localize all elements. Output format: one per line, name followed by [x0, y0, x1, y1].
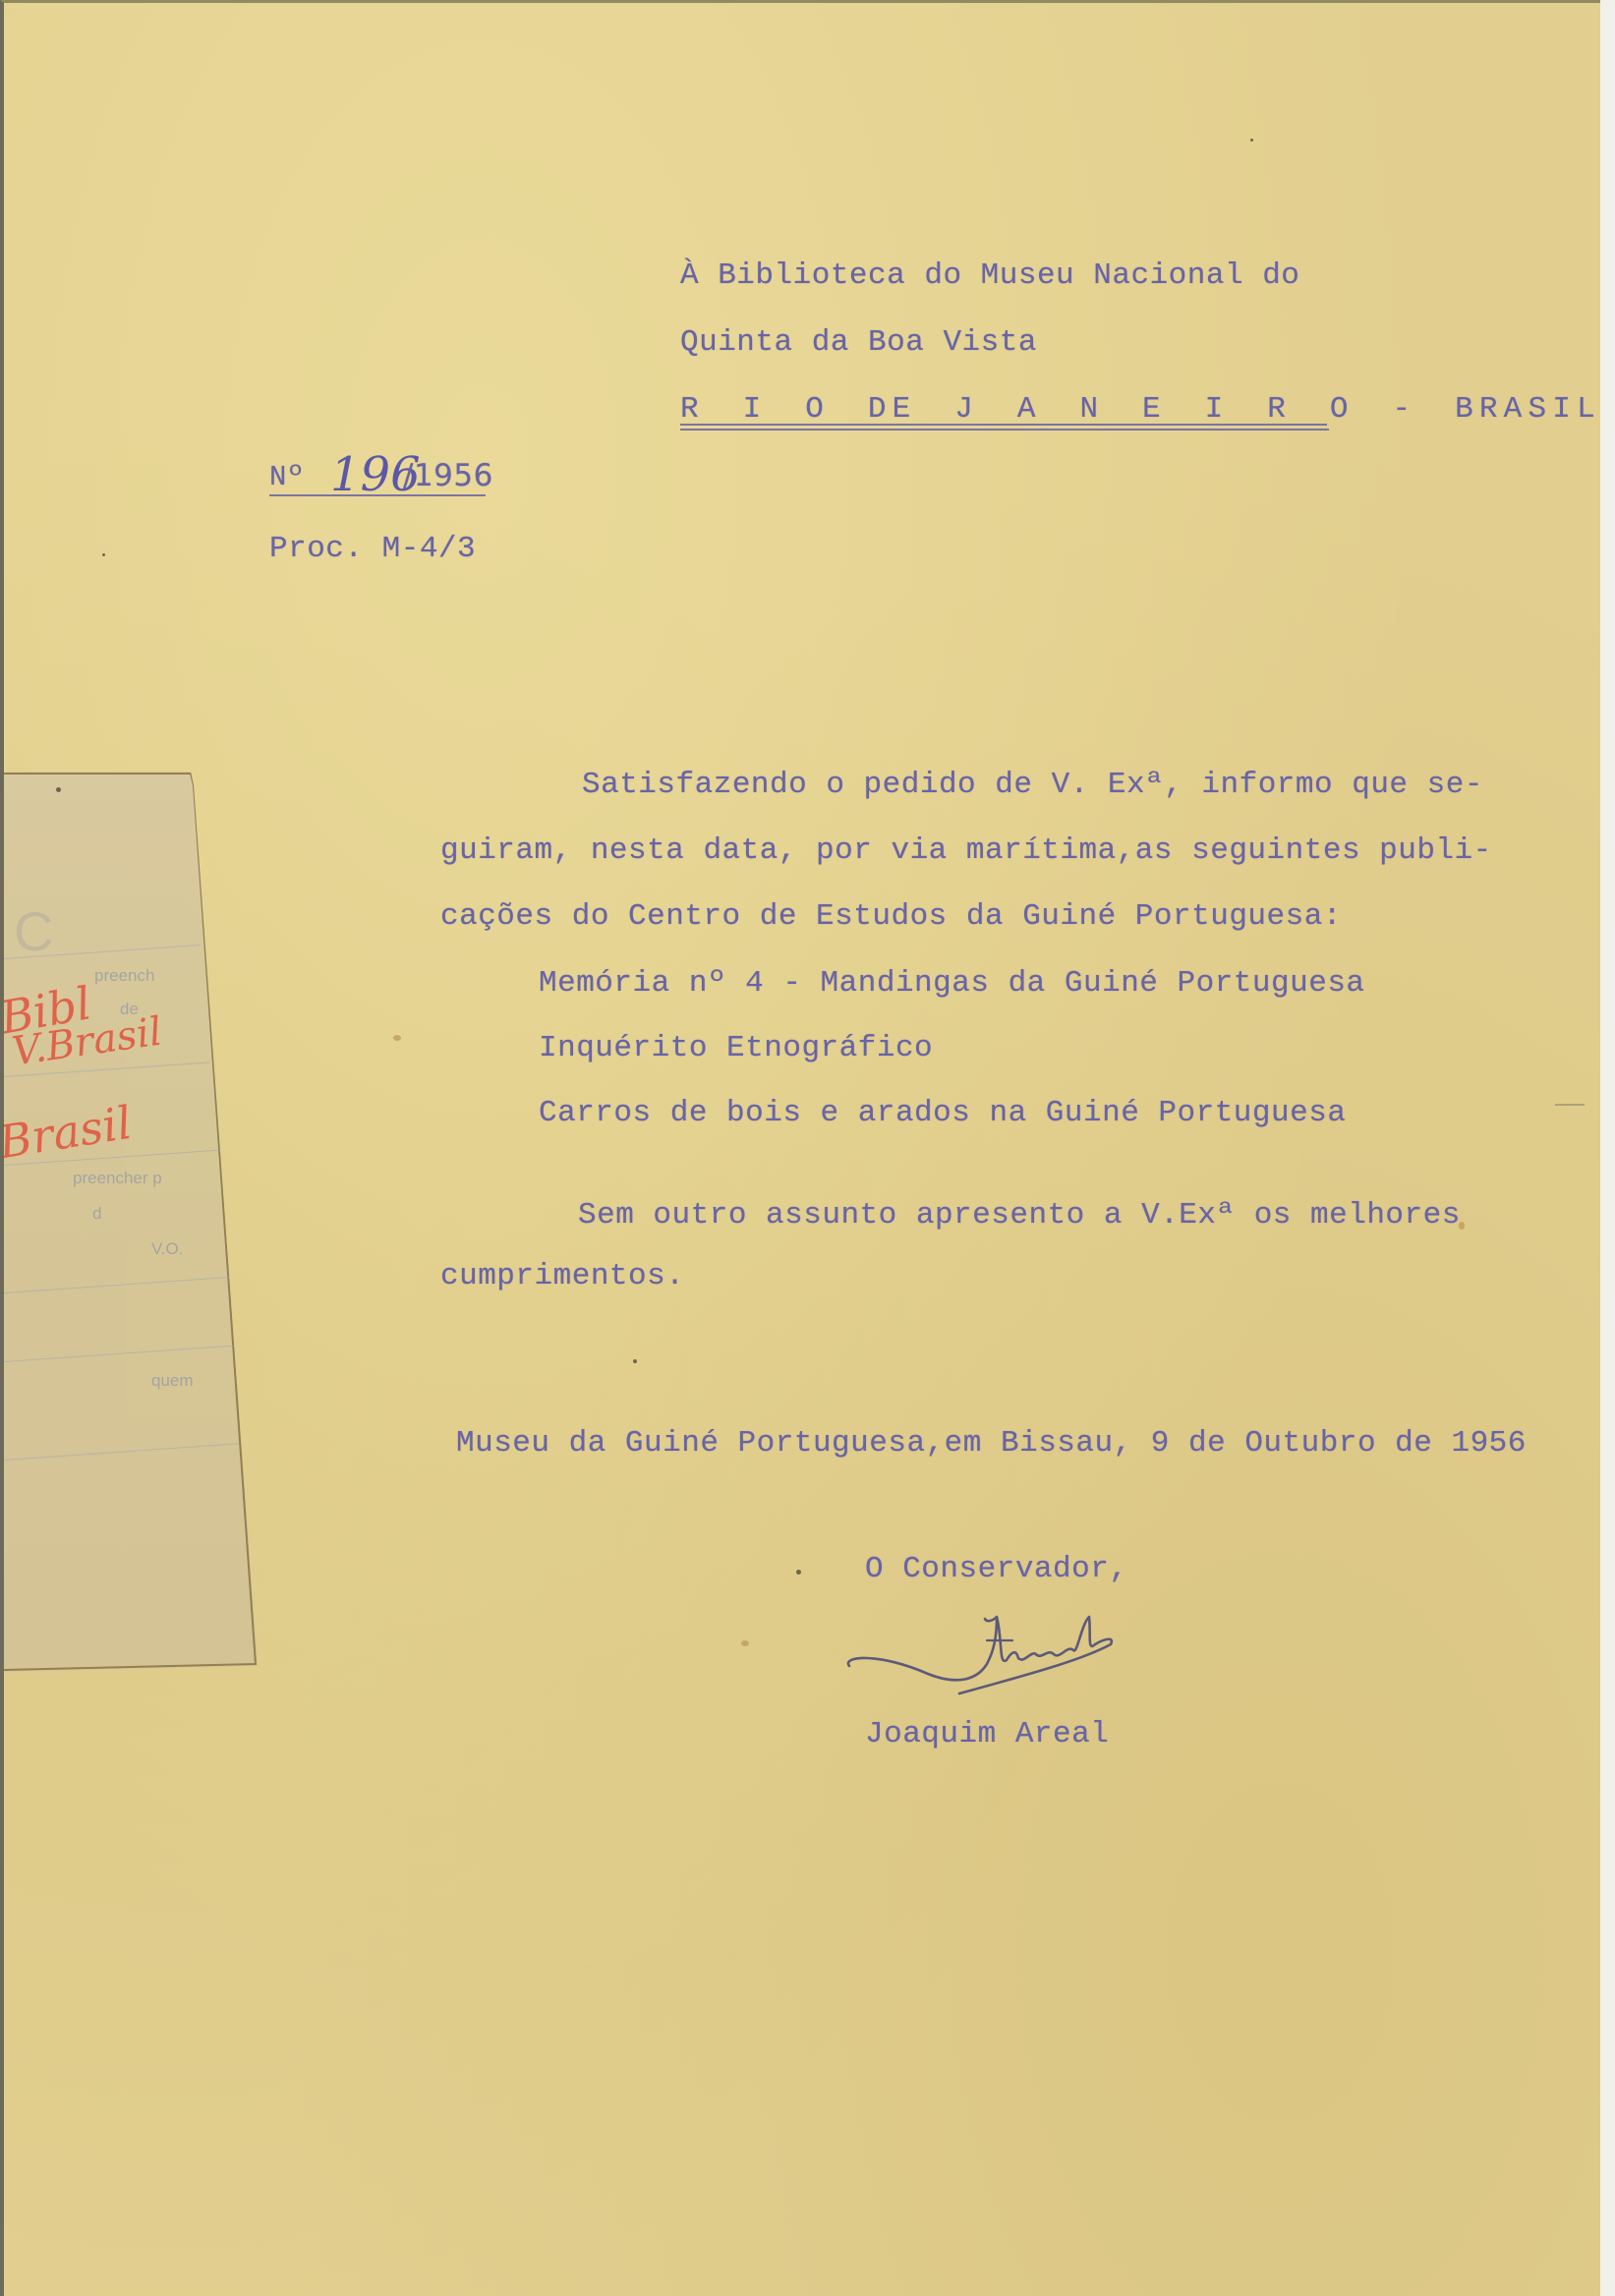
body-paragraph-2-line-1: Sem outro assunto apresento a V.Exª os m… — [578, 1200, 1461, 1231]
slip-printed-fragment-2: preench — [94, 966, 154, 986]
recipient-underline-2 — [680, 429, 1329, 430]
paper-speck — [796, 1570, 801, 1575]
reference-number-prefix: Nº — [269, 463, 305, 491]
paper-speck — [1459, 1222, 1465, 1230]
paper-speck — [102, 553, 105, 556]
signature — [839, 1595, 1134, 1713]
body-paragraph-1-line-3: cações do Centro de Estudos da Guiné Por… — [440, 901, 1342, 932]
publication-item-1: Memória nº 4 - Mandingas da Guiné Portug… — [539, 968, 1365, 999]
paper-speck — [56, 787, 61, 792]
body-paragraph-1-line-2: guiram, nesta data, por via marítima,as … — [440, 835, 1492, 866]
recipient-line-1: À Biblioteca do Museu Nacional do — [680, 260, 1299, 291]
reference-number-year: /1956 — [403, 461, 493, 491]
body-paragraph-1-line-1: Satisfazendo o pedido de V. Exª, informo… — [582, 770, 1483, 800]
body-paragraph-2-line-2: cumprimentos. — [440, 1261, 684, 1291]
slip-printed-fragment-4: preencher p — [73, 1169, 162, 1188]
reference-underline — [269, 494, 486, 496]
letter-paper: À Biblioteca do Museu Nacional do Quinta… — [0, 0, 1600, 2296]
recipient-underline — [680, 424, 1327, 426]
closing-title: O Conservador, — [865, 1554, 1127, 1584]
paper-speck — [741, 1640, 749, 1646]
signatory-name: Joaquim Areal — [865, 1719, 1109, 1750]
attached-slip: C preench de Bibl V.Brasil Brasil preenc… — [4, 772, 258, 1672]
paper-speck — [393, 1035, 401, 1041]
paper-speck — [1555, 1104, 1585, 1106]
slip-printed-fragment-1: C — [14, 899, 53, 963]
slip-printed-fragment-7: quem — [151, 1371, 194, 1391]
paper-speck — [633, 1359, 637, 1363]
slip-printed-fragment-6: V.O. — [151, 1239, 183, 1259]
publication-item-3: Carros de bois e arados na Guiné Portugu… — [539, 1098, 1346, 1128]
slip-printed-fragment-5: d — [92, 1204, 101, 1224]
paper-speck — [1250, 139, 1253, 142]
publication-item-2: Inquérito Etnográfico — [539, 1033, 933, 1063]
recipient-line-2: Quinta da Boa Vista — [680, 327, 1037, 358]
place-date: Museu da Guiné Portuguesa,em Bissau, 9 d… — [456, 1428, 1527, 1459]
recipient-line-3: R I O DE J A N E I R O - BRASIL — [680, 394, 1601, 425]
process-reference: Proc. M-4/3 — [269, 534, 476, 564]
